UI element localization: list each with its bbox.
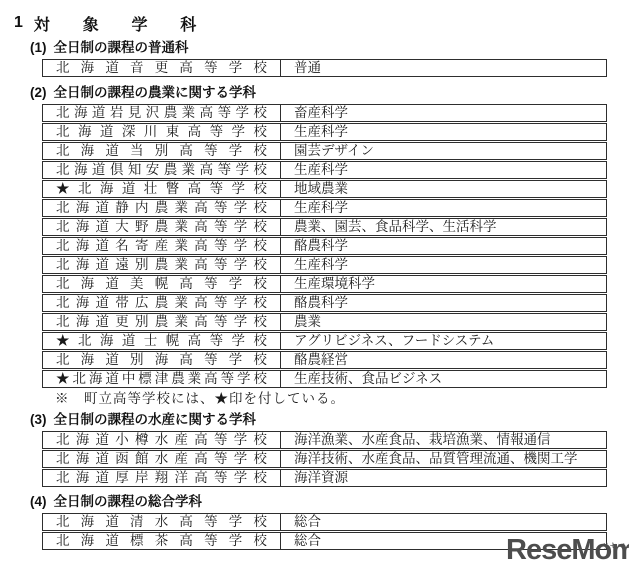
table-row: 北海道名寄産業高等学校 酪農科学 bbox=[42, 237, 607, 255]
department-cell: 農業 bbox=[281, 314, 606, 330]
school-cell: 北海道音更高等学校 bbox=[43, 60, 281, 76]
department-cell: 海洋技術、水産食品、品質管理流通、機関工学 bbox=[281, 451, 606, 467]
school-cell: 北海道標茶高等学校 bbox=[43, 533, 281, 549]
document-page: 1 対象学科 (1) 全日制の課程の普通科 北海道音更高等学校 普通 (2) 全… bbox=[0, 0, 629, 572]
school-cell: 北海道静内農業高等学校 bbox=[43, 200, 281, 216]
department-cell: 園芸デザイン bbox=[281, 143, 606, 159]
table-row: 北海道大野農業高等学校 農業、園芸、食品科学、生活科学 bbox=[42, 218, 607, 236]
department-cell: 生産科学 bbox=[281, 200, 606, 216]
school-cell: 北海道深川東高等学校 bbox=[43, 124, 281, 140]
table-row: 北海道清水高等学校 総合 bbox=[42, 513, 607, 531]
title-text: 対象学科 bbox=[34, 12, 229, 35]
resemom-logo: リセマム ReseMom. bbox=[506, 534, 629, 566]
page-title: 1 対象学科 bbox=[14, 13, 629, 33]
school-cell: 北海道当別高等学校 bbox=[43, 143, 281, 159]
table-row: 北海道別海高等学校 酪農経営 bbox=[42, 351, 607, 369]
section-heading-text: 全日制の課程の農業に関する学科 bbox=[54, 85, 257, 100]
schools-table-agriculture: 北海道岩見沢農業高等学校 畜産科学 北海道深川東高等学校 生産科学 北海道当別高… bbox=[42, 104, 607, 388]
department-cell: 生産科学 bbox=[281, 162, 606, 178]
table-row: 北海道岩見沢農業高等学校 畜産科学 bbox=[42, 104, 607, 122]
school-cell: 北海道遠別農業高等学校 bbox=[43, 257, 281, 273]
school-cell: 北海道清水高等学校 bbox=[43, 514, 281, 530]
department-cell: アグリビジネス、フードシステム bbox=[281, 333, 606, 349]
school-cell: 北海道厚岸翔洋高等学校 bbox=[43, 470, 281, 486]
department-cell: 農業、園芸、食品科学、生活科学 bbox=[281, 219, 606, 235]
schools-table-general: 北海道音更高等学校 普通 bbox=[42, 59, 607, 77]
section-number: (1) bbox=[30, 40, 47, 55]
school-cell: ★北海道壮瞥高等学校 bbox=[43, 181, 281, 197]
table-row: ★北海道中標津農業高等学校 生産技術、食品ビジネス bbox=[42, 370, 607, 388]
table-row: 北海道美幌高等学校 生産環境科学 bbox=[42, 275, 607, 293]
department-cell: 酪農経営 bbox=[281, 352, 606, 368]
schools-table-fisheries: 北海道小樽水産高等学校 海洋漁業、水産食品、栽培漁業、情報通信 北海道函館水産高… bbox=[42, 431, 607, 487]
section-number: (2) bbox=[30, 85, 47, 100]
department-cell: 海洋漁業、水産食品、栽培漁業、情報通信 bbox=[281, 432, 606, 448]
table-row: ★北海道士幌高等学校 アグリビジネス、フードシステム bbox=[42, 332, 607, 350]
table-row: 北海道更別農業高等学校 農業 bbox=[42, 313, 607, 331]
table-row: 北海道静内農業高等学校 生産科学 bbox=[42, 199, 607, 217]
school-cell: 北海道更別農業高等学校 bbox=[43, 314, 281, 330]
school-cell: 北海道大野農業高等学校 bbox=[43, 219, 281, 235]
table-row: 北海道倶知安農業高等学校 生産科学 bbox=[42, 161, 607, 179]
section-number: (4) bbox=[30, 494, 47, 509]
school-cell: 北海道美幌高等学校 bbox=[43, 276, 281, 292]
section-heading-integrated: (4) 全日制の課程の総合学科 bbox=[30, 494, 629, 509]
department-cell: 総合 bbox=[281, 514, 606, 530]
school-cell: ★北海道士幌高等学校 bbox=[43, 333, 281, 349]
school-cell: 北海道小樽水産高等学校 bbox=[43, 432, 281, 448]
table-row: 北海道厚岸翔洋高等学校 海洋資源 bbox=[42, 469, 607, 487]
section-heading-agriculture: (2) 全日制の課程の農業に関する学科 bbox=[30, 85, 629, 100]
department-cell: 生産科学 bbox=[281, 124, 606, 140]
table-row: 北海道帯広農業高等学校 酪農科学 bbox=[42, 294, 607, 312]
section-heading-text: 全日制の課程の総合学科 bbox=[54, 494, 203, 509]
school-cell: 北海道岩見沢農業高等学校 bbox=[43, 105, 281, 121]
star-note: ※ 町立高等学校には、★印を付している。 bbox=[55, 391, 629, 406]
department-cell: 酪農科学 bbox=[281, 295, 606, 311]
department-cell: 生産環境科学 bbox=[281, 276, 606, 292]
table-row: 北海道当別高等学校 園芸デザイン bbox=[42, 142, 607, 160]
section-heading-general: (1) 全日制の課程の普通科 bbox=[30, 40, 629, 55]
table-row: 北海道函館水産高等学校 海洋技術、水産食品、品質管理流通、機関工学 bbox=[42, 450, 607, 468]
section-number: (3) bbox=[30, 412, 47, 427]
table-row: 北海道小樽水産高等学校 海洋漁業、水産食品、栽培漁業、情報通信 bbox=[42, 431, 607, 449]
section-heading-text: 全日制の課程の普通科 bbox=[54, 40, 189, 55]
department-cell: 海洋資源 bbox=[281, 470, 606, 486]
school-cell: 北海道別海高等学校 bbox=[43, 352, 281, 368]
table-row: 北海道遠別農業高等学校 生産科学 bbox=[42, 256, 607, 274]
school-cell: ★北海道中標津農業高等学校 bbox=[43, 371, 281, 387]
department-cell: 酪農科学 bbox=[281, 238, 606, 254]
table-row: 北海道深川東高等学校 生産科学 bbox=[42, 123, 607, 141]
department-cell: 地域農業 bbox=[281, 181, 606, 197]
logo-ruby-text: リセマム bbox=[602, 531, 629, 563]
title-number: 1 bbox=[14, 14, 23, 32]
table-row: 北海道音更高等学校 普通 bbox=[42, 59, 607, 77]
school-cell: 北海道倶知安農業高等学校 bbox=[43, 162, 281, 178]
department-cell: 普通 bbox=[281, 60, 606, 76]
school-cell: 北海道函館水産高等学校 bbox=[43, 451, 281, 467]
section-heading-text: 全日制の課程の水産に関する学科 bbox=[54, 412, 257, 427]
table-row: ★北海道壮瞥高等学校 地域農業 bbox=[42, 180, 607, 198]
section-heading-fisheries: (3) 全日制の課程の水産に関する学科 bbox=[30, 412, 629, 427]
school-cell: 北海道帯広農業高等学校 bbox=[43, 295, 281, 311]
department-cell: 生産科学 bbox=[281, 257, 606, 273]
school-cell: 北海道名寄産業高等学校 bbox=[43, 238, 281, 254]
department-cell: 畜産科学 bbox=[281, 105, 606, 121]
department-cell: 生産技術、食品ビジネス bbox=[281, 371, 606, 387]
